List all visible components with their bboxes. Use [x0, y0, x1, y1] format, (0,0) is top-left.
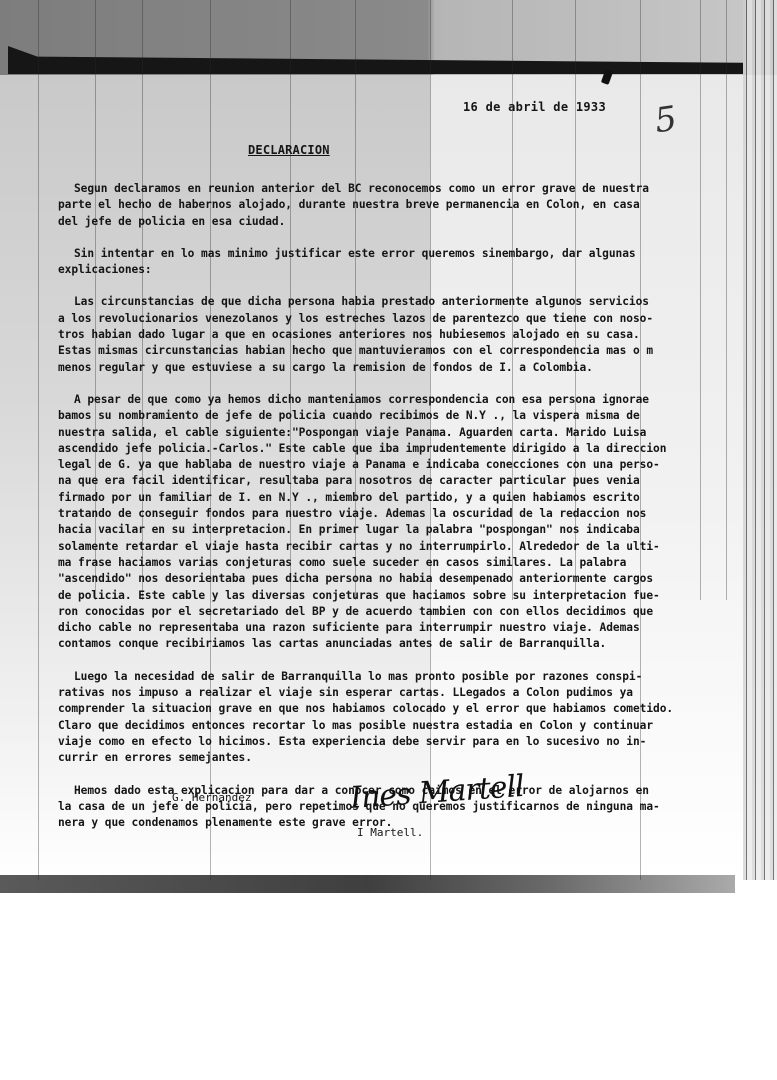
text-line: viaje como en efecto lo hicimos. Esta ex…: [58, 734, 714, 750]
document-date: 16 de abril de 1933: [463, 100, 606, 114]
text-line: nuestra salida, el cable siguiente:"Posp…: [58, 425, 714, 441]
text-line: contamos conque recibiriamos las cartas …: [58, 636, 714, 652]
text-line: hacia vacilar en su interpretacion. En p…: [58, 522, 714, 538]
scan-streak: [726, 0, 727, 600]
text-line: a los revolucionarios venezolanos y los …: [58, 311, 714, 327]
text-line: Segun declaramos en reunion anterior del…: [74, 181, 714, 197]
text-line: rativas nos impuso a realizar el viaje s…: [58, 685, 714, 701]
text-line: ma frase haciamos varias conjeturas como…: [58, 555, 714, 571]
text-line: tratando de conseguir fondos para nuestr…: [58, 506, 714, 522]
text-line: parte el hecho de habernos alojado, dura…: [58, 197, 714, 213]
document-body: Segun declaramos en reunion anterior del…: [74, 181, 714, 847]
text-line: Las circunstancias de que dicha persona …: [74, 294, 714, 310]
signature-typed-left: G. Hernandez: [172, 791, 251, 804]
text-line: de policia. Este cable y las diversas co…: [58, 588, 714, 604]
text-line: del jefe de policia en esa ciudad.: [58, 214, 714, 230]
document-title: DECLARACION: [248, 143, 330, 157]
text-line: legal de G. ya que hablaba de nuestro vi…: [58, 457, 714, 473]
text-line: ron conocidas por el secretariado del BP…: [58, 604, 714, 620]
paragraph: Las circunstancias de que dicha persona …: [74, 294, 714, 375]
text-line: Claro que decidimos entonces recortar lo…: [58, 718, 714, 734]
paragraph: Sin intentar en lo mas minimo justificar…: [74, 246, 714, 279]
text-line: ascendido jefe policia.-Carlos." Este ca…: [58, 441, 714, 457]
text-line: A pesar de que como ya hemos dicho mante…: [74, 392, 714, 408]
text-line: tros habian dado lugar a que en ocasione…: [58, 327, 714, 343]
scan-streak: [38, 0, 39, 880]
text-line: Luego la necesidad de salir de Barranqui…: [74, 669, 714, 685]
text-line: currir en errores semejantes.: [58, 750, 714, 766]
text-line: dicho cable no representaba una razon su…: [58, 620, 714, 636]
text-line: Estas mismas circunstancias habian hecho…: [58, 343, 714, 359]
text-line: "ascendido" nos desorientaba pues dicha …: [58, 571, 714, 587]
signature-typed-right: I Martell.: [357, 826, 423, 839]
text-line: explicaciones:: [58, 262, 714, 278]
text-line: comprender la situacion grave en que nos…: [58, 701, 714, 717]
scan-shadow-bottom: [0, 875, 735, 893]
text-line: firmado por un familiar de I. en N.Y ., …: [58, 490, 714, 506]
paragraph: Segun declaramos en reunion anterior del…: [74, 181, 714, 230]
text-line: solamente retardar el viaje hasta recibi…: [58, 539, 714, 555]
paragraph: Luego la necesidad de salir de Barranqui…: [74, 669, 714, 767]
text-line: menos regular y que estuviese a su cargo…: [58, 360, 714, 376]
scan-edge-right: [743, 0, 777, 880]
text-line: bamos su nombramiento de jefe de policia…: [58, 408, 714, 424]
text-line: Sin intentar en lo mas minimo justificar…: [74, 246, 714, 262]
paragraph: A pesar de que como ya hemos dicho mante…: [74, 392, 714, 653]
text-line: na que era facil identificar, resultaba …: [58, 473, 714, 489]
